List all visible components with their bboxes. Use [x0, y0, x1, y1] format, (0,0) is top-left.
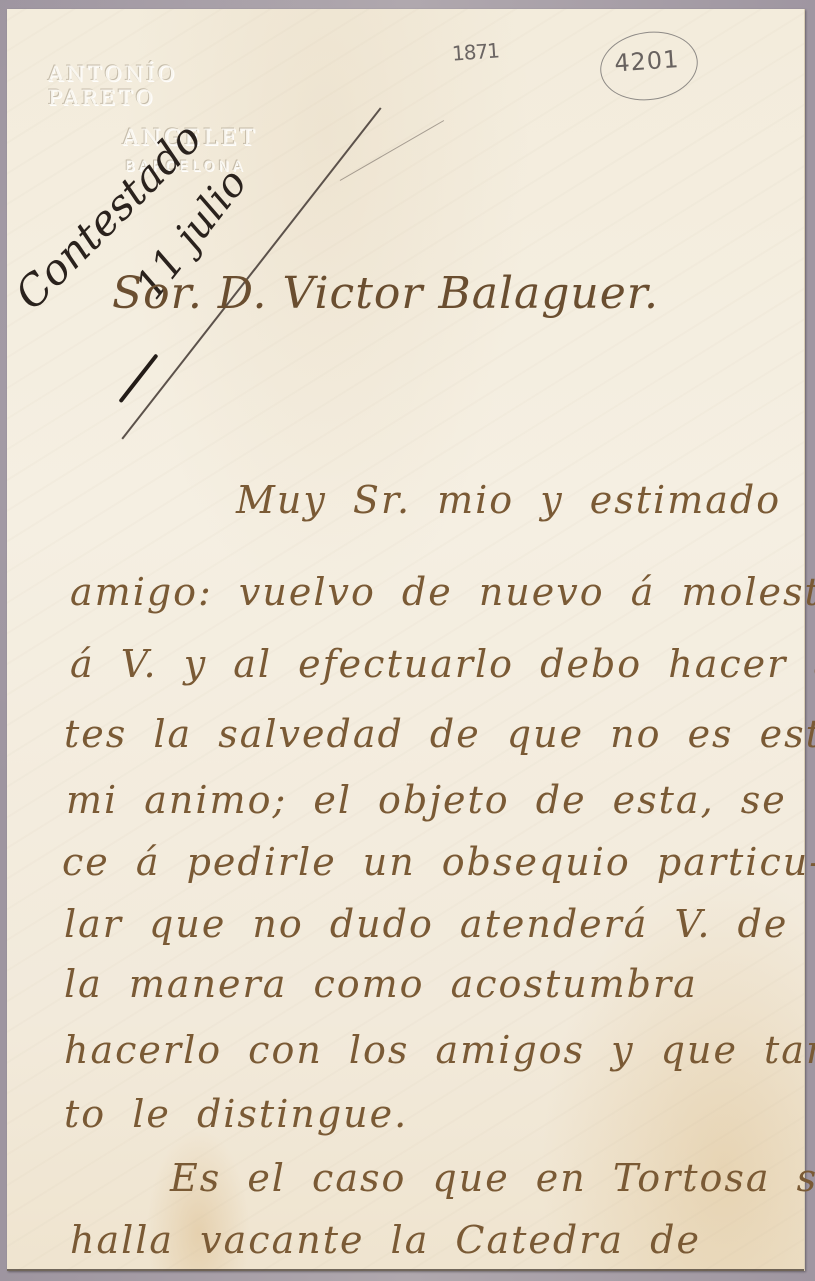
body-line: mi animo; el objeto de esta, se redu-	[66, 778, 815, 822]
letter-salutation: Sor. D. Victor Balaguer.	[112, 268, 659, 319]
pencil-year-note: 1871	[451, 38, 499, 65]
body-line: to le distingue.	[64, 1092, 408, 1136]
body-line: ce á pedirle un obsequio particu-	[62, 840, 815, 884]
letterhead-name: ANTONÍO PARETO	[40, 62, 280, 110]
body-line: la manera como acostumbra	[64, 962, 698, 1006]
body-line: lar que no dudo atenderá V. de	[64, 902, 788, 946]
body-line: tes la salvedad de que no es este	[64, 712, 815, 756]
catalog-number-text: 4201	[613, 45, 680, 77]
body-line: Muy Sr. mio y estimado	[236, 478, 781, 522]
sheet-bottom-edge	[7, 1269, 804, 1271]
body-line: á V. y al efectuarlo debo hacer an-	[70, 642, 815, 686]
body-line: Es el caso que en Tortosa se	[170, 1156, 815, 1200]
body-line: halla vacante la Catedra de	[70, 1218, 701, 1262]
body-line: amigo: vuelvo de nuevo á molestar	[70, 570, 815, 614]
body-line: hacerlo con los amigos y que tan-	[64, 1028, 815, 1072]
